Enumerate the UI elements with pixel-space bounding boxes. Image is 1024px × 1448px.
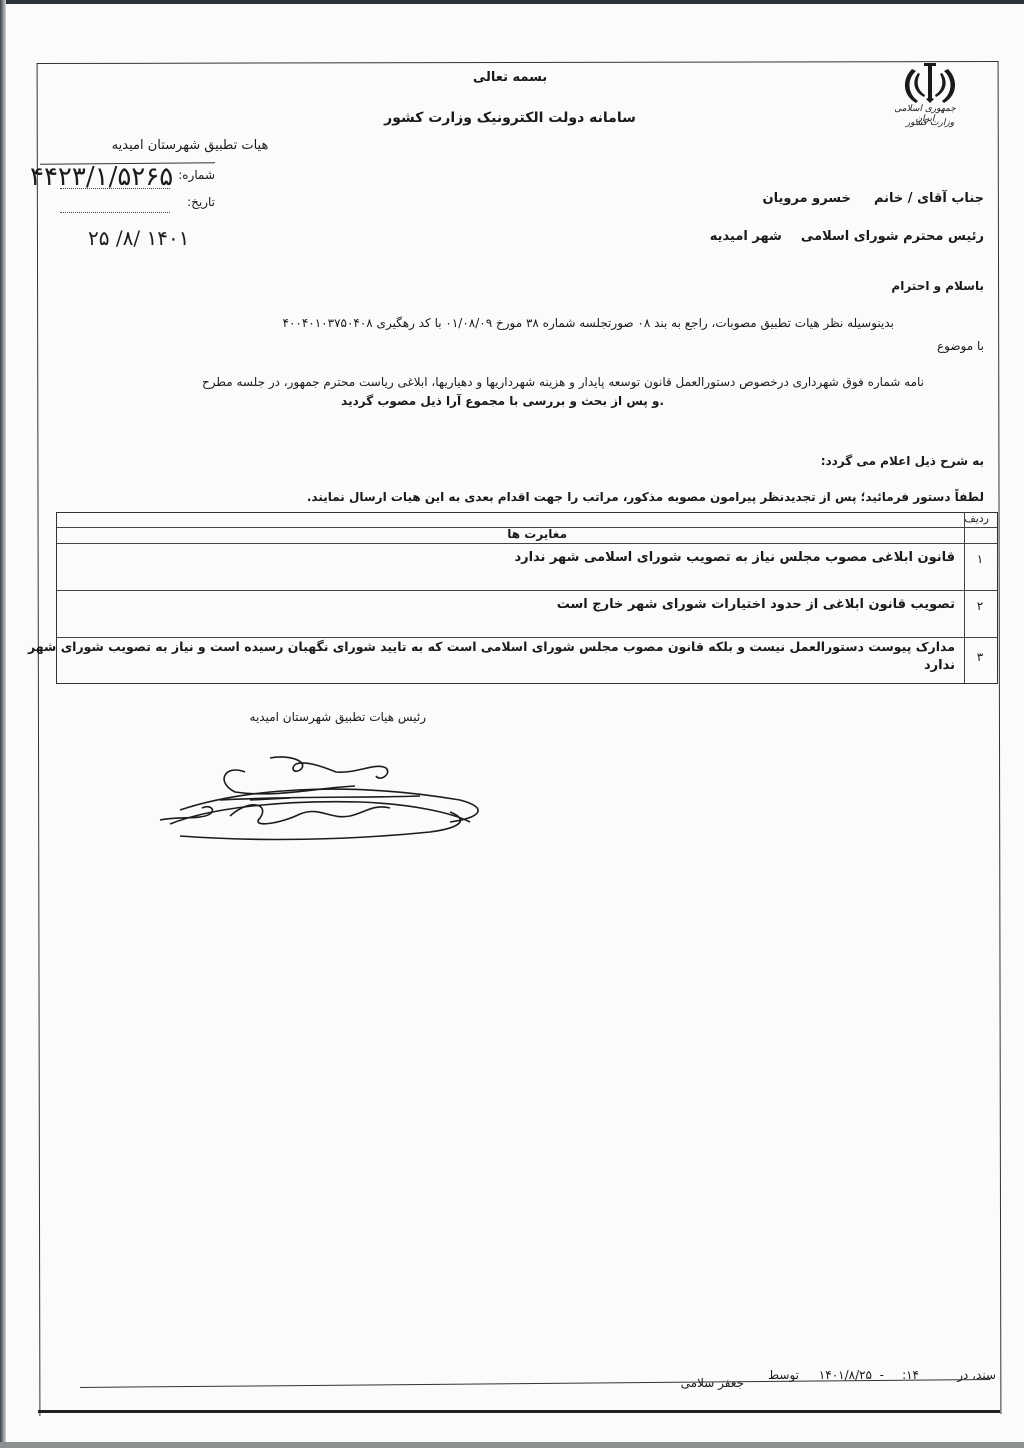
header-index: ردیف xyxy=(971,512,989,525)
row-text-line1: مدارک پیوست دستورالعمل نیست و بلکه قانون… xyxy=(28,639,955,654)
page-frame-bottom xyxy=(38,1410,1000,1413)
date-dotted-line xyxy=(60,212,170,213)
table-row: ۳ مدارک پیوست دستورالعمل نیست و بلکه قان… xyxy=(57,638,997,682)
page-frame xyxy=(37,61,1002,1416)
recipient-position-line: رئیس محترم شورای اسلامی شهر امیدیه xyxy=(710,229,984,244)
table-header: مغایرت ها xyxy=(57,527,997,544)
scan-edge-top xyxy=(0,0,1024,4)
recipient-name: خسرو مرویان xyxy=(763,191,851,206)
paragraph1-line2: با موضوع xyxy=(937,339,984,353)
footer-by-name: جعفر سلامی xyxy=(681,1376,744,1390)
salutation: جناب آقای / خانم xyxy=(874,191,984,206)
row-index: ۳ xyxy=(971,650,989,664)
footer-date-sep: - xyxy=(880,1368,884,1382)
row-index: ۱ xyxy=(971,552,989,566)
request-text: لطفاً دستور فرمائید؛ پس از تجدیدنظر پیرا… xyxy=(307,490,984,504)
paragraph2-line2: .و پس از بحث و بررسی با مجموع آرا ذیل مص… xyxy=(341,394,664,408)
paragraph1-line1: بدینوسیله نظر هیات تطبیق مصوبات، راجع به… xyxy=(283,316,895,330)
discrepancy-table: ردیف مغایرت ها ۱ قانون ابلاغی مصوب مجلس … xyxy=(56,512,998,684)
scan-edge-left xyxy=(0,0,6,1448)
row-text-line2: ندارد xyxy=(924,658,955,673)
scan-edge-bottom xyxy=(0,1442,1024,1448)
greeting: باسلام و احترام xyxy=(891,279,984,293)
column-separator xyxy=(964,513,965,683)
table-row: ۱ قانون ابلاغی مصوب مجلس نیاز به تصویب ش… xyxy=(57,544,997,591)
recipient-line: جناب آقای / خانم خسرو مرویان xyxy=(763,191,984,206)
system-title: سامانه دولت الکترونیک وزارت کشور xyxy=(380,110,640,126)
signature-title: رئیس هیات تطبیق شهرستان امیدیه xyxy=(196,710,426,724)
row-index: ۲ xyxy=(971,599,989,613)
row-text: قانون ابلاغی مصوب مجلس نیاز به تصویب شور… xyxy=(514,550,955,565)
table-row: ۲ تصویب قانون ابلاغی از حدود اختیارات شو… xyxy=(57,591,997,638)
footer-label: سند، در xyxy=(957,1368,996,1382)
announce-text: به شرح ذیل اعلام می گردد: xyxy=(821,454,984,468)
footer-by-label: توسط xyxy=(768,1368,799,1382)
recipient-city: شهر امیدیه xyxy=(710,229,782,244)
number-label: شماره: xyxy=(170,168,215,182)
recipient-position: رئیس محترم شورای اسلامی xyxy=(801,229,984,244)
date-label: تاریخ: xyxy=(170,195,215,209)
row-text: تصویب قانون ابلاغی از حدود اختیارات شورا… xyxy=(557,597,955,612)
invocation-text: بسمه تعالی xyxy=(440,70,580,85)
number-handwritten: ۴۴۲۳/۱/۵۲۶۵ xyxy=(30,162,173,192)
header-content: مغایرت ها xyxy=(507,527,567,541)
date-handwritten: ۱۴۰۱ /۸/ ۲۵ xyxy=(88,226,189,250)
table-header-top: ردیف xyxy=(57,513,997,528)
office-title: هیات تطبیق شهرستان امیدیه xyxy=(100,138,280,153)
signature-icon xyxy=(150,740,510,850)
footer-time: ۱۴: xyxy=(902,1368,919,1382)
logo-line2: وزارت کشور xyxy=(900,118,960,128)
paragraph2-line1: نامه شماره فوق شهرداری درخصوص دستورالعمل… xyxy=(202,375,924,389)
footer-date: ۱۴۰۱/۸/۲۵ xyxy=(819,1368,872,1382)
